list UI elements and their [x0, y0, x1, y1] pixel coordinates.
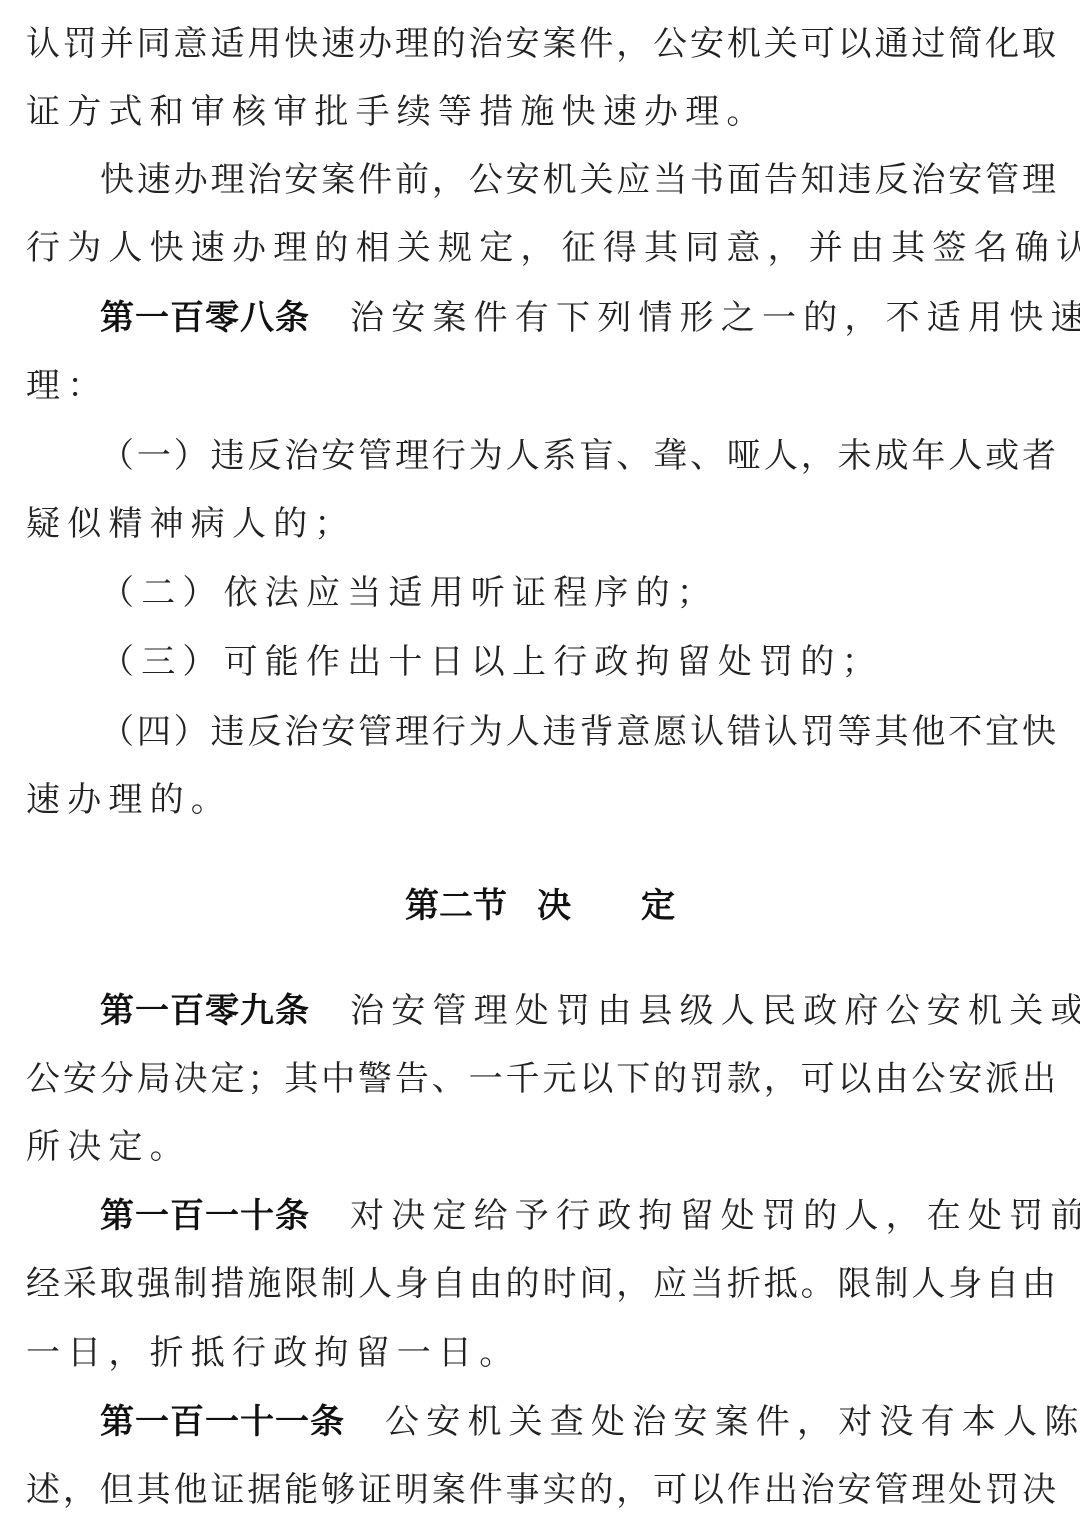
article-108-heading: 第一百零八条	[100, 298, 310, 338]
article-108-line: 第一百零八条治安案件有下列情形之一的，不适用快速办	[100, 292, 1056, 344]
article-111-text: 公安机关查处治安案件，对没有本人陈	[385, 1402, 1080, 1442]
text-line: 理：	[26, 360, 1056, 412]
article-111-heading: 第一百一十一条	[100, 1402, 345, 1442]
text-line: 行为人快速办理的相关规定，征得其同意，并由其签名确认。	[26, 222, 1056, 274]
article-111-line: 第一百一十一条公安机关查处治安案件，对没有本人陈	[100, 1396, 1056, 1448]
section-number: 第二节	[405, 886, 507, 926]
section-name-char-1: 决	[537, 886, 571, 926]
text-line: 一日，折抵行政拘留一日。	[26, 1327, 1056, 1379]
text-line: 公安分局决定；其中警告、一千元以下的罚款，可以由公安派出	[26, 1053, 1056, 1105]
section-name-char-2: 定	[641, 886, 675, 926]
article-110-heading: 第一百一十条	[100, 1196, 310, 1236]
article-109-text: 治安管理处罚由县级人民政府公安机关或者	[350, 991, 1080, 1031]
article-108-text: 治安案件有下列情形之一的，不适用快速办	[350, 298, 1080, 338]
article-110-text: 对决定给予行政拘留处罚的人，在处罚前已	[350, 1196, 1080, 1236]
text-line: 经采取强制措施限制人身自由的时间，应当折抵。限制人身自由	[26, 1258, 1056, 1310]
text-line: 述，但其他证据能够证明案件事实的，可以作出治安管理处罚决	[26, 1464, 1056, 1516]
list-item-4-cont: 速办理的。	[26, 774, 1056, 826]
text-line: 认罚并同意适用快速办理的治安案件，公安机关可以通过简化取	[26, 18, 1056, 70]
article-109-line: 第一百零九条治安管理处罚由县级人民政府公安机关或者	[100, 985, 1056, 1037]
list-item-2: （二）依法应当适用听证程序的；	[100, 567, 1056, 619]
list-item-1-cont: 疑似精神病人的；	[26, 498, 1056, 550]
section-title: 第二节决定	[0, 880, 1080, 932]
text-line: 快速办理治安案件前，公安机关应当书面告知违反治安管理	[100, 154, 1056, 206]
text-line: 证方式和审核审批手续等措施快速办理。	[26, 86, 1056, 138]
article-109-heading: 第一百零九条	[100, 991, 310, 1031]
list-item-3: （三）可能作出十日以上行政拘留处罚的；	[100, 636, 1056, 688]
list-item-4: （四）违反治安管理行为人违背意愿认错认罚等其他不宜快	[100, 706, 1056, 758]
text-line: 所决定。	[26, 1121, 1056, 1173]
article-110-line: 第一百一十条对决定给予行政拘留处罚的人，在处罚前已	[100, 1190, 1056, 1242]
list-item-1: （一）违反治安管理行为人系盲、聋、哑人，未成年人或者	[100, 430, 1056, 482]
